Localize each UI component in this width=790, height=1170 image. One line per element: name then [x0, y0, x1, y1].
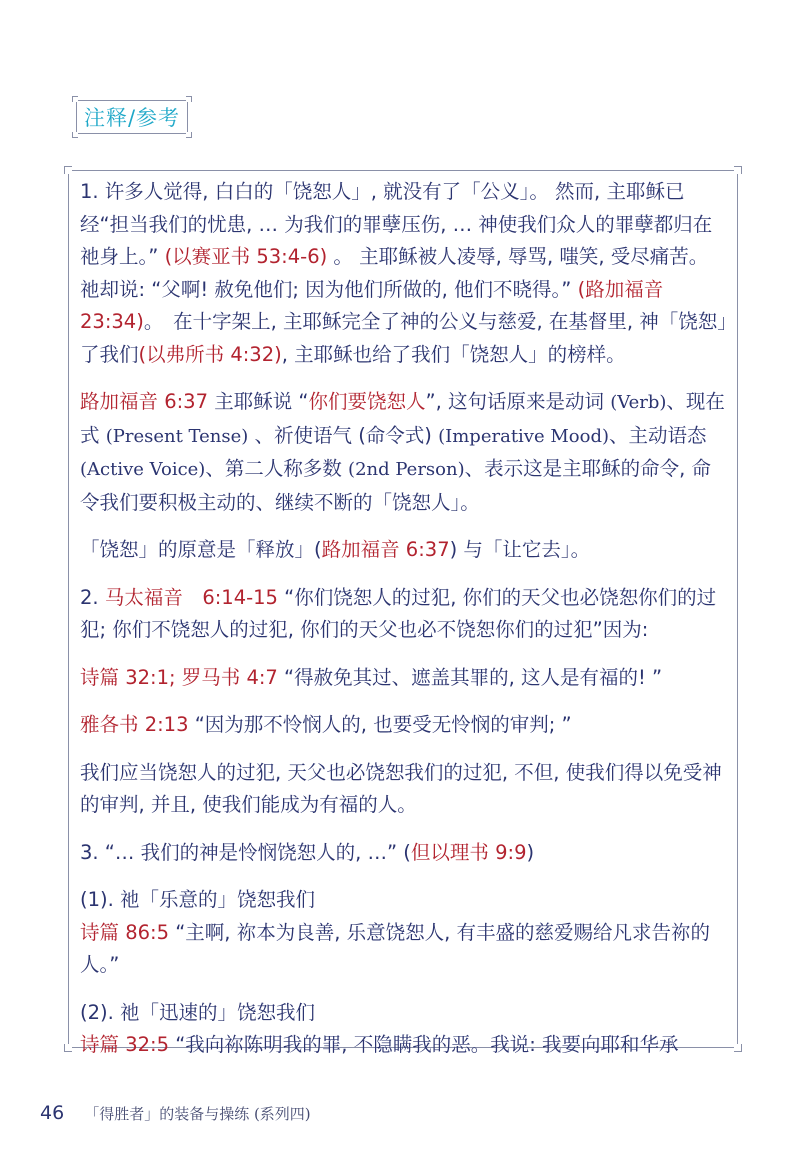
notes-content: 1. 许多人觉得, 白白的「饶恕人」, 就没有了「公义」。 然而, 主耶稣已经“… — [80, 176, 730, 1062]
scripture-ref: (以弗所书 4:32) — [139, 343, 282, 366]
note-2: 2. 马太福音 6:14-15 “你们饶恕人的过犯, 你们的天父也必饶恕你们的过… — [80, 582, 730, 647]
text: “因为那不怜悯人的, 也要受无怜悯的审判; ” — [189, 713, 572, 736]
page-footer: 46 「得胜者」的装备与操练 (系列四) — [40, 1102, 311, 1124]
scripture-ref: 路加福音 6:37 — [80, 390, 208, 413]
text: “我向祢陈明我的罪, 不隐瞒我的恶。我说: 我要向耶和华承 — [169, 1033, 678, 1056]
note-3-1: (1). 祂「乐意的」饶恕我们 诗篇 86:5 “主啊, 祢本为良善, 乐意饶恕… — [80, 884, 730, 982]
scripture-ref: 诗篇 32:5 — [80, 1033, 169, 1056]
page-number: 46 — [40, 1102, 64, 1124]
frame-corner — [64, 1044, 72, 1052]
text: ”, 这句话原来是动词 — [426, 390, 611, 413]
section-tag: 注释/参考 — [76, 100, 188, 134]
scripture-ref: 诗篇 86:5 — [80, 921, 169, 944]
note-1: 1. 许多人觉得, 白白的「饶恕人」, 就没有了「公义」。 然而, 主耶稣已经“… — [80, 176, 730, 371]
scripture-ref: 马太福音 6:14-15 — [105, 586, 278, 609]
english-term: (Imperative Mood) — [438, 426, 609, 447]
text: , 主耶稣也给了我们「饶恕人」的榜样。 — [282, 343, 626, 366]
subheading: (2). 祂「迅速的」饶恕我们 — [80, 1001, 315, 1024]
frame-corner — [186, 96, 192, 102]
scripture-ref: 路加福音 6:37 — [322, 538, 450, 561]
note-3: 3. “… 我们的神是怜悯饶恕人的, …” (但以理书 9:9) — [80, 837, 730, 870]
text: ) — [527, 841, 535, 864]
book-title: 「得胜者」的装备与操练 (系列四) — [84, 1103, 310, 1124]
scripture-ref: 雅各书 2:13 — [80, 713, 189, 736]
note-james-213: 雅各书 2:13 “因为那不怜悯人的, 也要受无怜悯的审判; ” — [80, 709, 730, 742]
text: 主耶稣说 “ — [208, 390, 309, 413]
text: 、主动语态 — [609, 424, 707, 447]
text: “主啊, 祢本为良善, 乐意饶恕人, 有丰盛的慈爱赐给凡求告祢的人。” — [80, 921, 710, 977]
text: 3. “… 我们的神是怜悯饶恕人的, …” ( — [80, 841, 411, 864]
note-conclusion: 我们应当饶恕人的过犯, 天父也必饶恕我们的过犯, 不但, 使我们得以免受神的审判… — [80, 757, 730, 822]
note-psalm-321: 诗篇 32:1; 罗马书 4:7 “得赦免其过、遮盖其罪的, 这人是有福的! ” — [80, 662, 730, 695]
text: 、祈使语气 (命令式) — [248, 424, 438, 447]
frame-corner — [734, 1044, 742, 1052]
scripture-ref: (以赛亚书 53:4-6) — [165, 245, 328, 268]
frame-corner — [64, 166, 72, 174]
text: 2. — [80, 586, 105, 609]
english-term: (Present Tense) — [106, 426, 249, 447]
english-term: (Verb) — [610, 392, 666, 413]
note-luke-637: 路加福音 6:37 主耶稣说 “你们要饶恕人”, 这句话原来是动词 (Verb)… — [80, 386, 730, 519]
section-tag-label: 注释/参考 — [84, 102, 180, 132]
english-term: (Active Voice) — [80, 459, 205, 480]
frame-corner — [72, 132, 78, 138]
scripture-ref: 诗篇 32:1; 罗马书 4:7 — [80, 666, 278, 689]
text: 、第二人称多数 — [205, 457, 348, 480]
subheading: (1). 祂「乐意的」饶恕我们 — [80, 888, 315, 911]
note-3-2: (2). 祂「迅速的」饶恕我们 诗篇 32:5 “我向祢陈明我的罪, 不隐瞒我的… — [80, 997, 730, 1062]
text: ) 与「让它去」。 — [450, 538, 591, 561]
text: “得赦免其过、遮盖其罪的, 这人是有福的! ” — [278, 666, 662, 689]
english-term: (2nd Person) — [348, 459, 465, 480]
scripture-ref: 但以理书 9:9 — [411, 841, 527, 864]
text: 「饶恕」的原意是「释放」( — [80, 538, 322, 561]
note-meaning: 「饶恕」的原意是「释放」(路加福音 6:37) 与「让它去」。 — [80, 534, 730, 567]
frame-corner — [186, 132, 192, 138]
frame-corner — [734, 166, 742, 174]
text: 我们应当饶恕人的过犯, 天父也必饶恕我们的过犯, 不但, 使我们得以免受神的审判… — [80, 761, 722, 817]
frame-corner — [72, 96, 78, 102]
quote-highlight: 你们要饶恕人 — [309, 390, 426, 413]
